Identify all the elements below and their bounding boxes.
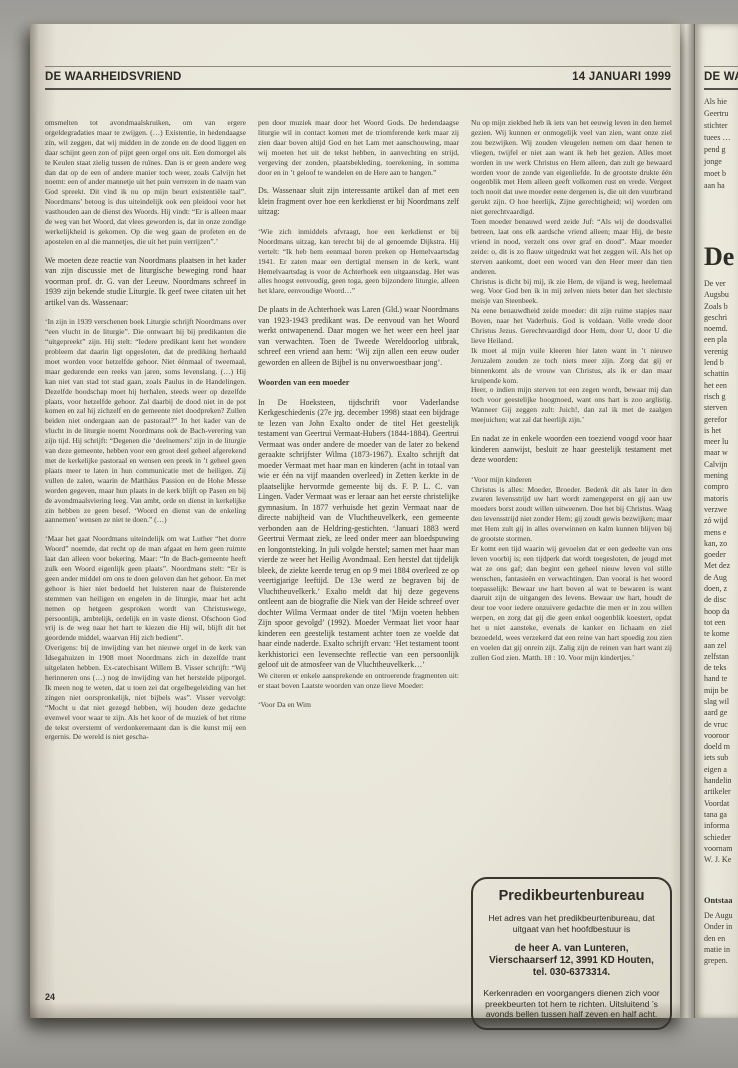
clipped-text-line: tuees … (704, 132, 730, 144)
paragraph: omsmelten tot avondmaalskruiken, om van … (45, 118, 246, 247)
clipped-text-line: mening (704, 470, 732, 481)
clipped-text-line: hoop da (704, 606, 732, 617)
clipped-text-line: zelfstan (704, 651, 732, 662)
clipped-text-line: zó wijd (704, 515, 732, 526)
clipped-text-line: maar w (704, 447, 732, 458)
box-note: Kerkenraden en voorgangers dienen zich v… (481, 988, 662, 1020)
clipped-text-line: Onder in (704, 921, 733, 932)
clipped-text-line: slag wil (704, 696, 732, 707)
paragraph: Er komt een tijd waarin wij gevoelen dat… (471, 544, 672, 663)
clipped-text-line: meer lu (704, 436, 732, 447)
page-number: 24 (45, 992, 55, 1002)
clipped-text-line: goeder (704, 549, 732, 560)
box-title: Predikbeurtenbureau (481, 888, 662, 904)
clipped-text-line: Voordat (704, 798, 732, 809)
clipped-text-line: schieder (704, 832, 732, 843)
paragraph: Nu op mijn ziekbed heb ik iets van het e… (471, 118, 672, 217)
clipped-text-line: De ver (704, 278, 732, 289)
clipped-text-line: pend g (704, 144, 730, 156)
next-page-subheading: Ontstaa (704, 896, 732, 905)
scanned-magazine-spread: DE WAARHEIDSVRIEND 14 JANUARI 1999 omsme… (0, 0, 738, 1068)
paragraph: In De Hoeksteen, tijdschrift voor Vaderl… (258, 398, 459, 671)
next-page-intro-lines: Als hieGeertrustichtertuees …pend gjonge… (704, 96, 730, 192)
clipped-text-line: doen, z (704, 583, 732, 594)
article-columns: omsmelten tot avondmaalskruiken, om van … (45, 118, 673, 1030)
clipped-text-line: noemd. (704, 323, 732, 334)
clipped-text-line: compro (704, 481, 732, 492)
clipped-text-line: mijn be (704, 685, 732, 696)
paragraph: En nadat ze in enkele woorden een toezie… (471, 434, 672, 466)
box-address: de heer A. van Lunteren, Vierschaarserf … (481, 943, 662, 979)
clipped-text-line: informa (704, 820, 732, 831)
clipped-text-line: de vruc (704, 719, 732, 730)
clipped-text-line: stichter (704, 120, 730, 132)
clipped-text-line: aard ge (704, 707, 732, 718)
clipped-text-line: mens e (704, 527, 732, 538)
clipped-text-line: Geertru (704, 108, 730, 120)
clipped-text-line: aan ha (704, 180, 730, 192)
clipped-text-line: geschri (704, 312, 732, 323)
paragraph: Christus is dicht bij mij, ik zie Hem, d… (471, 277, 672, 307)
predikbeurtenbureau-box: Predikbeurtenbureau Het adres van het pr… (471, 877, 672, 1030)
next-page-body-lines: De verAugsbuZoals bgeschrinoemd.een plav… (704, 278, 732, 865)
clipped-text-line: matoris (704, 493, 732, 504)
paragraph: We citeren er enkele aansprekende en ont… (258, 671, 459, 691)
page-gutter (680, 24, 694, 1018)
clipped-text-line: gerefor (704, 414, 732, 425)
clipped-text-line: artikeler (704, 786, 732, 797)
clipped-text-line: jonge (704, 156, 730, 168)
clipped-text-line: handelin (704, 775, 732, 786)
clipped-text-line: vooroor (704, 730, 732, 741)
clipped-text-line: Met dez (704, 560, 732, 571)
clipped-text-line: de Aug (704, 572, 732, 583)
column-3-text: Nu op mijn ziekbed heb ik iets van het e… (471, 118, 672, 870)
clipped-text-line: moet b (704, 168, 730, 180)
next-page-sub-lines: De AuguOnder inden enmatie ingrepen. (704, 910, 733, 966)
clipped-text-line: aan zel (704, 640, 732, 651)
column-3: Nu op mijn ziekbed heb ik iets van het e… (471, 118, 672, 1030)
next-page-sliver: DE WA Als hieGeertrustichtertuees …pend … (694, 24, 738, 1018)
clipped-text-line: tana ga (704, 809, 732, 820)
next-page-headline: De (704, 242, 734, 272)
paragraph: Woorden van een moeder (258, 378, 459, 389)
paragraph: ‘Maar het gaat Noordmans uiteindelijk om… (45, 534, 246, 643)
clipped-text-line: is het (704, 425, 732, 436)
clipped-text-line: Calvijn (704, 459, 732, 470)
magazine-page: DE WAARHEIDSVRIEND 14 JANUARI 1999 omsme… (30, 24, 680, 1018)
paragraph: De plaats in de Achterhoek was Laren (Gl… (258, 305, 459, 368)
clipped-text-line: tot een (704, 617, 732, 628)
clipped-text-line: Zoals b (704, 301, 732, 312)
clipped-text-line: schattin (704, 368, 732, 379)
paragraph: We moeten deze reactie van Noordmans pla… (45, 256, 246, 309)
clipped-text-line: doeld m (704, 741, 732, 752)
clipped-text-line: te kome (704, 628, 732, 639)
paragraph: Christus is alles: Moeder, Broeder. Bede… (471, 485, 672, 544)
paragraph: Overigens: bij de inwijding van het nieu… (45, 643, 246, 742)
clipped-text-line: het een (704, 380, 732, 391)
next-page-masthead: DE WA (704, 66, 738, 90)
clipped-text-line: een pla (704, 334, 732, 345)
clipped-text-line: de teks (704, 662, 732, 673)
clipped-text-line: De Augu (704, 910, 733, 921)
clipped-text-line: verenig (704, 346, 732, 357)
clipped-text-line: Augsbu (704, 289, 732, 300)
publication-title: DE WAARHEIDSVRIEND (45, 71, 182, 83)
paragraph: ‘Wie zich inmiddels afvraagt, hoe een ke… (258, 227, 459, 296)
clipped-text-line: sterven (704, 402, 732, 413)
paragraph: ‘Voor Da en Wim (258, 700, 459, 710)
clipped-text-line: den en (704, 933, 733, 944)
clipped-text-line: verzwe (704, 504, 732, 515)
paragraph: ‘Voor mijn kinderen (471, 475, 672, 485)
paragraph: Na eene benauwdheid zeide moeder: dit zi… (471, 306, 672, 346)
clipped-text-line: de disc (704, 594, 732, 605)
clipped-text-line: W. J. Ke (704, 854, 732, 865)
clipped-text-line: iets sub (704, 752, 732, 763)
clipped-text-line: risch g (704, 391, 732, 402)
clipped-text-line: Als hie (704, 96, 730, 108)
column-1: omsmelten tot avondmaalskruiken, om van … (45, 118, 246, 1030)
paragraph: Ds. Wassenaar sluit zijn interessante ar… (258, 186, 459, 218)
paragraph: Ik moet al mijn vuile kleeren hier laten… (471, 346, 672, 386)
clipped-text-line: matie in (704, 944, 733, 955)
paragraph: Heer, o indien mijn sterven tot een zege… (471, 385, 672, 425)
box-intro: Het adres van het predikbeurtenbureau, d… (481, 913, 662, 934)
column-2: pen door muziek maar door het Woord Gods… (258, 118, 459, 1030)
clipped-text-line: eigen a (704, 764, 732, 775)
paragraph: ‘In zijn in 1939 verschenen boek Liturgi… (45, 317, 246, 525)
masthead: DE WAARHEIDSVRIEND 14 JANUARI 1999 (45, 66, 671, 90)
clipped-text-line: lend b (704, 357, 732, 368)
clipped-text-line: hand te (704, 673, 732, 684)
clipped-text-line: voornam (704, 843, 732, 854)
issue-date: 14 JANUARI 1999 (572, 71, 671, 83)
paragraph: Toen moeder benauwd werd zeide Juf: “Als… (471, 217, 672, 276)
paragraph: pen door muziek maar door het Woord Gods… (258, 118, 459, 177)
next-publication-title: DE WA (704, 71, 738, 83)
clipped-text-line: grepen. (704, 955, 733, 966)
clipped-text-line: kan, zo (704, 538, 732, 549)
